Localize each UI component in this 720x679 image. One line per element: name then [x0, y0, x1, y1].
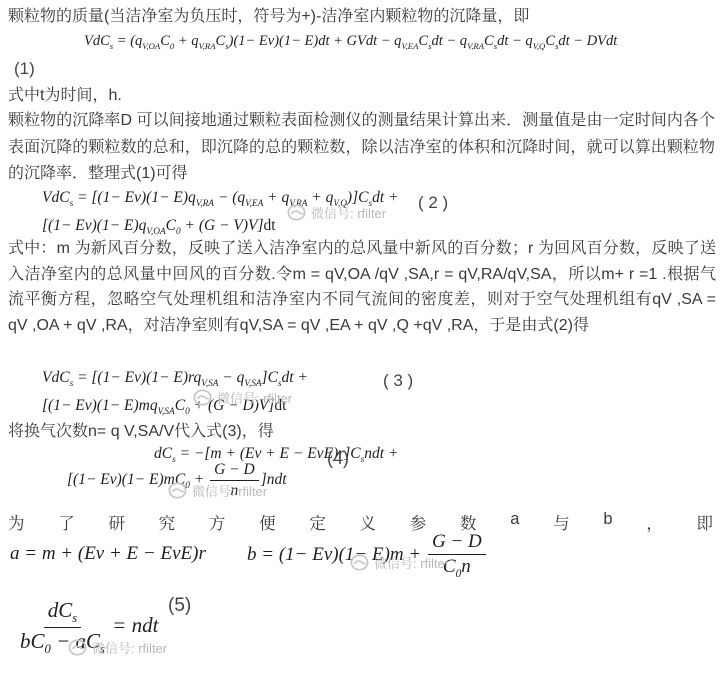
- watermark: 微信号: rfilter: [350, 553, 449, 572]
- rfilter-logo-icon: [193, 389, 212, 406]
- watermark: 微信号: rfilter: [168, 481, 267, 500]
- paragraph-time-definition: 式中t为时间，h.: [8, 82, 122, 109]
- rfilter-logo-icon: [68, 639, 87, 656]
- spaced-char: 即: [696, 510, 713, 534]
- spaced-char: 方: [209, 510, 226, 534]
- equation-3-label: ( 3 ): [383, 371, 413, 391]
- paragraph-deposition-rate: 颗粒物的沉降率D 可以间接地通过颗粒表面检测仪的测量结果计算出来．测量值是由一定…: [8, 108, 715, 188]
- equation-5-label: (5): [168, 595, 191, 617]
- paragraph-particle-mass: 颗粒物的质量(当洁净室为负压时，符号为+)-洁净室内颗粒物的沉降量，即: [8, 3, 714, 30]
- spaced-char: a: [510, 510, 519, 534]
- article-page: 颗粒物的质量(当洁净室为负压时，符号为+)-洁净室内颗粒物的沉降量，即 VdCs…: [0, 0, 720, 679]
- rfilter-logo-icon: [350, 554, 369, 571]
- watermark-text: 微信号: rfilter: [192, 481, 267, 500]
- spaced-char: 究: [159, 510, 176, 534]
- paragraph-air-change-substitution: 将换气次数n= q V,SA/V代入式(3)，得: [8, 418, 274, 445]
- equation-1: VdCs = (qV,OAC0 + qV,RACs)(1− Ev)(1− E)d…: [84, 30, 617, 57]
- watermark: 微信号: rfilter: [287, 203, 386, 222]
- paragraph-air-fractions: 式中：m 为新风百分数，反映了送入洁净室内的总风量中新风的百分数；r 为回风百分…: [8, 236, 716, 338]
- spaced-char: 与: [553, 510, 570, 534]
- equation-1-label: (1): [14, 59, 35, 79]
- watermark-text: 微信号: rfilter: [311, 203, 386, 222]
- spaced-char: 了: [58, 510, 75, 534]
- spaced-char: ，: [646, 510, 663, 534]
- watermark: 微信号: rfilter: [193, 388, 292, 407]
- watermark: 微信号: rfilter: [68, 638, 167, 657]
- spaced-char: 研: [108, 510, 125, 534]
- rfilter-logo-icon: [287, 204, 306, 221]
- rfilter-logo-icon: [168, 482, 187, 499]
- watermark-text: 微信号: rfilter: [217, 388, 292, 407]
- equation-2-label: ( 2 ): [418, 193, 448, 213]
- spaced-char: b: [603, 510, 612, 534]
- equation-4-label: (4): [327, 448, 349, 469]
- spaced-char: 为: [8, 510, 25, 534]
- equation-parameter-a: a = m + (Ev + E − EvE)r: [10, 543, 206, 565]
- watermark-text: 微信号: rfilter: [92, 638, 167, 657]
- watermark-text: 微信号: rfilter: [374, 553, 449, 572]
